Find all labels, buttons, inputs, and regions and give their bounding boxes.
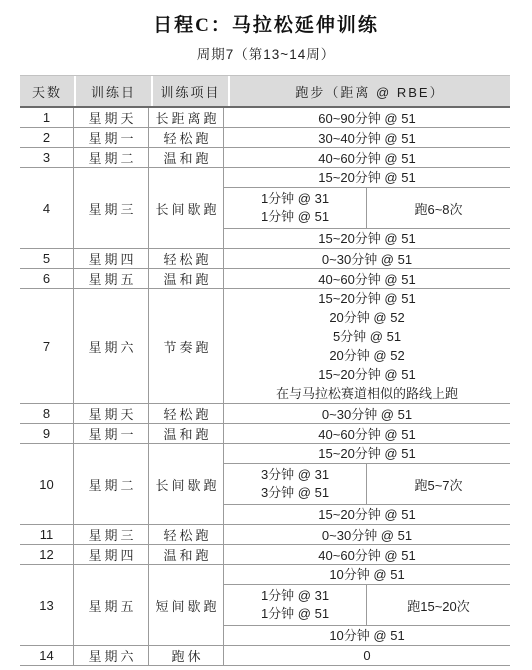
weekday: 星期一 <box>74 424 149 443</box>
run-segment: 20分钟 @ 52 <box>224 346 510 365</box>
table-row: 6 星期五 温和跑 40~60分钟 @ 51 <box>20 269 510 289</box>
workout-type: 温和跑 <box>149 424 224 443</box>
warmup-segment: 15~20分钟 @ 51 <box>224 168 510 188</box>
header-training-day: 训练日 <box>76 76 151 106</box>
cooldown-segment: 15~20分钟 @ 51 <box>224 229 510 248</box>
interval-fast-segment: 1分钟 @ 31 <box>224 587 366 605</box>
cooldown-segment: 15~20分钟 @ 51 <box>224 505 510 524</box>
header-run-detail: 跑步（距离 @ RBE） <box>230 76 510 106</box>
run-detail: 40~60分钟 @ 51 <box>224 545 510 564</box>
header-days: 天数 <box>20 76 74 106</box>
run-detail: 40~60分钟 @ 51 <box>224 269 510 288</box>
workout-type: 温和跑 <box>149 269 224 288</box>
day-number: 7 <box>20 289 74 403</box>
day-number: 3 <box>20 148 74 167</box>
weekday: 星期天 <box>74 108 149 127</box>
interval-paces: 3分钟 @ 31 3分钟 @ 51 <box>224 464 367 504</box>
training-schedule-table: 天数 训练日 训练项目 跑步（距离 @ RBE） 1 星期天 长距离跑 60~9… <box>20 75 510 666</box>
table-row: 3 星期二 温和跑 40~60分钟 @ 51 <box>20 148 510 168</box>
table-row: 9 星期一 温和跑 40~60分钟 @ 51 <box>20 424 510 444</box>
interval-block: 3分钟 @ 31 3分钟 @ 51 跑5~7次 <box>224 464 510 505</box>
header-workout-type: 训练项目 <box>153 76 228 106</box>
day-number: 14 <box>20 646 74 665</box>
day-number: 13 <box>20 565 74 645</box>
run-segment: 20分钟 @ 52 <box>224 308 510 327</box>
table-row: 12 星期四 温和跑 40~60分钟 @ 51 <box>20 545 510 565</box>
run-segment: 5分钟 @ 51 <box>224 327 510 346</box>
run-detail: 30~40分钟 @ 51 <box>224 128 510 147</box>
weekday: 星期四 <box>74 545 149 564</box>
interval-repeats: 跑6~8次 <box>367 188 510 228</box>
table-row: 11 星期三 轻松跑 0~30分钟 @ 51 <box>20 525 510 545</box>
run-detail: 0~30分钟 @ 51 <box>224 404 510 423</box>
interval-recovery-segment: 1分钟 @ 51 <box>224 208 366 226</box>
run-detail: 0~30分钟 @ 51 <box>224 525 510 544</box>
workout-type: 轻松跑 <box>149 128 224 147</box>
run-detail: 40~60分钟 @ 51 <box>224 148 510 167</box>
day-number: 5 <box>20 249 74 268</box>
workout-type: 跑休 <box>149 646 224 665</box>
table-header-row: 天数 训练日 训练项目 跑步（距离 @ RBE） <box>20 75 510 108</box>
weekday: 星期三 <box>74 168 149 248</box>
warmup-segment: 15~20分钟 @ 51 <box>224 444 510 464</box>
weekday: 星期六 <box>74 646 149 665</box>
run-segment: 15~20分钟 @ 51 <box>224 289 510 308</box>
interval-recovery-segment: 1分钟 @ 51 <box>224 605 366 623</box>
run-detail: 60~90分钟 @ 51 <box>224 108 510 127</box>
run-detail: 15~20分钟 @ 51 1分钟 @ 31 1分钟 @ 51 跑6~8次 15~… <box>224 168 510 248</box>
day-number: 10 <box>20 444 74 524</box>
day-number: 1 <box>20 108 74 127</box>
day-number: 9 <box>20 424 74 443</box>
weekday: 星期二 <box>74 148 149 167</box>
day-number: 11 <box>20 525 74 544</box>
run-detail: 15~20分钟 @ 51 3分钟 @ 31 3分钟 @ 51 跑5~7次 15~… <box>224 444 510 524</box>
workout-type: 轻松跑 <box>149 525 224 544</box>
run-detail: 40~60分钟 @ 51 <box>224 424 510 443</box>
workout-type: 轻松跑 <box>149 404 224 423</box>
cooldown-segment: 10分钟 @ 51 <box>224 626 510 645</box>
run-detail: 0 <box>224 646 510 665</box>
table-row-interval: 13 星期五 短间歇跑 10分钟 @ 51 1分钟 @ 31 1分钟 @ 51 … <box>20 565 510 646</box>
weekday: 星期三 <box>74 525 149 544</box>
weekday: 星期四 <box>74 249 149 268</box>
run-detail: 15~20分钟 @ 51 20分钟 @ 52 5分钟 @ 51 20分钟 @ 5… <box>224 289 510 403</box>
table-row: 1 星期天 长距离跑 60~90分钟 @ 51 <box>20 108 510 128</box>
interval-block: 1分钟 @ 31 1分钟 @ 51 跑15~20次 <box>224 585 510 626</box>
workout-type: 短间歇跑 <box>149 565 224 645</box>
table-row: 8 星期天 轻松跑 0~30分钟 @ 51 <box>20 404 510 424</box>
table-row-interval: 4 星期三 长间歇跑 15~20分钟 @ 51 1分钟 @ 31 1分钟 @ 5… <box>20 168 510 249</box>
table-row: 5 星期四 轻松跑 0~30分钟 @ 51 <box>20 249 510 269</box>
workout-type: 长间歇跑 <box>149 168 224 248</box>
table-row-interval: 10 星期二 长间歇跑 15~20分钟 @ 51 3分钟 @ 31 3分钟 @ … <box>20 444 510 525</box>
page: 日程C：马拉松延伸训练 周期7（第13~14周） 天数 训练日 训练项目 跑步（… <box>0 0 532 670</box>
workout-type: 温和跑 <box>149 148 224 167</box>
day-number: 8 <box>20 404 74 423</box>
interval-recovery-segment: 3分钟 @ 51 <box>224 484 366 502</box>
interval-paces: 1分钟 @ 31 1分钟 @ 51 <box>224 585 367 625</box>
weekday: 星期天 <box>74 404 149 423</box>
run-route-note: 在与马拉松赛道相似的路线上跑 <box>224 384 510 403</box>
workout-type: 温和跑 <box>149 545 224 564</box>
interval-block: 1分钟 @ 31 1分钟 @ 51 跑6~8次 <box>224 188 510 229</box>
page-subtitle: 周期7（第13~14周） <box>0 46 532 64</box>
interval-paces: 1分钟 @ 31 1分钟 @ 51 <box>224 188 367 228</box>
weekday: 星期二 <box>74 444 149 524</box>
day-number: 12 <box>20 545 74 564</box>
run-detail: 10分钟 @ 51 1分钟 @ 31 1分钟 @ 51 跑15~20次 10分钟… <box>224 565 510 645</box>
weekday: 星期一 <box>74 128 149 147</box>
warmup-segment: 10分钟 @ 51 <box>224 565 510 585</box>
weekday: 星期五 <box>74 269 149 288</box>
weekday: 星期六 <box>74 289 149 403</box>
table-row: 2 星期一 轻松跑 30~40分钟 @ 51 <box>20 128 510 148</box>
day-number: 6 <box>20 269 74 288</box>
weekday: 星期五 <box>74 565 149 645</box>
page-title: 日程C：马拉松延伸训练 <box>0 0 532 38</box>
day-number: 2 <box>20 128 74 147</box>
interval-repeats: 跑15~20次 <box>367 585 510 625</box>
interval-fast-segment: 3分钟 @ 31 <box>224 466 366 484</box>
workout-type: 长间歇跑 <box>149 444 224 524</box>
table-row: 14 星期六 跑休 0 <box>20 646 510 666</box>
interval-fast-segment: 1分钟 @ 31 <box>224 190 366 208</box>
run-detail: 0~30分钟 @ 51 <box>224 249 510 268</box>
day-number: 4 <box>20 168 74 248</box>
table-row-tempo: 7 星期六 节奏跑 15~20分钟 @ 51 20分钟 @ 52 5分钟 @ 5… <box>20 289 510 404</box>
workout-type: 节奏跑 <box>149 289 224 403</box>
run-segment: 15~20分钟 @ 51 <box>224 365 510 384</box>
workout-type: 轻松跑 <box>149 249 224 268</box>
interval-repeats: 跑5~7次 <box>367 464 510 504</box>
workout-type: 长距离跑 <box>149 108 224 127</box>
